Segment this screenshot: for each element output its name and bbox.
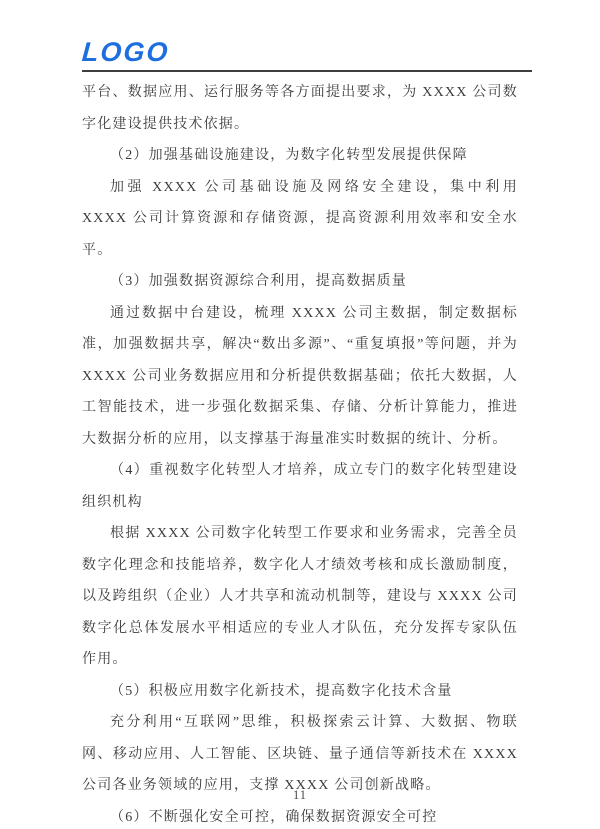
- paragraph: 平台、数据应用、运行服务等各方面提出要求，为 XXXX 公司数字化建设提供技术依…: [82, 77, 518, 140]
- paragraph: 通过数据中台建设，梳理 XXXX 公司主数据，制定数据标准，加强数据共享，解决“…: [82, 298, 518, 456]
- paragraph: 加强 XXXX 公司基础设施及网络安全建设，集中利用 XXXX 公司计算资源和存…: [82, 172, 518, 267]
- section-heading: （2）加强基础设施建设，为数字化转型发展提供保障: [82, 140, 518, 172]
- paragraph: 根据 XXXX 公司数字化转型工作要求和业务需求，完善全员数字化理念和技能培养，…: [82, 518, 518, 676]
- page-number: 11: [0, 788, 600, 803]
- section-heading: （4）重视数字化转型人才培养，成立专门的数字化转型建设组织机构: [82, 455, 518, 518]
- section-heading: （6）不断强化安全可控，确保数据资源安全可控: [82, 802, 518, 829]
- section-heading: （5）积极应用数字化新技术，提高数字化技术含量: [82, 676, 518, 708]
- section-heading: （3）加强数据资源综合利用，提高数据质量: [82, 266, 518, 298]
- company-logo: LOGO: [81, 38, 170, 66]
- document-page: LOGO 平台、数据应用、运行服务等各方面提出要求，为 XXXX 公司数字化建设…: [0, 0, 600, 829]
- page-header: LOGO: [82, 38, 532, 72]
- document-body: 平台、数据应用、运行服务等各方面提出要求，为 XXXX 公司数字化建设提供技术依…: [82, 77, 518, 829]
